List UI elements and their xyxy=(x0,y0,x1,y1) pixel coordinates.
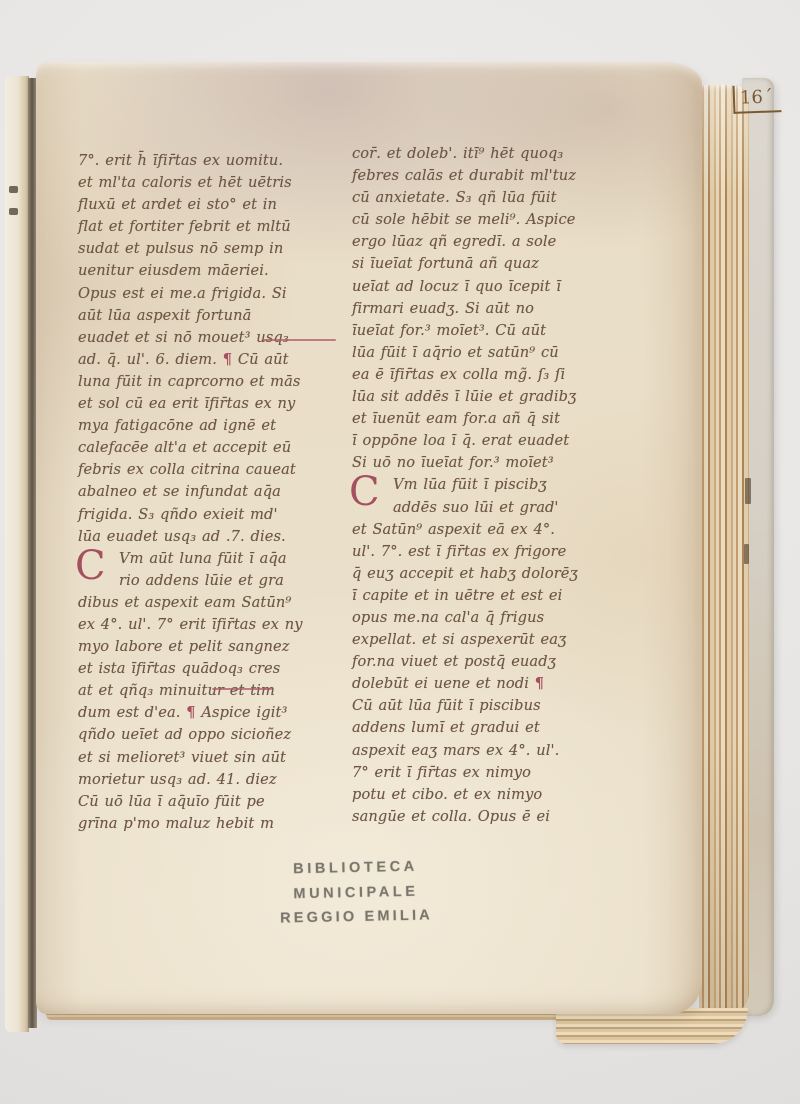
ink-text: et si melioret³ viuet sin aūt xyxy=(78,749,286,766)
manuscript-line: cū anxietate. S₃ qñ lūa fūit xyxy=(352,187,620,209)
manuscript-line: et ista īfir̄tas quādoq₃ cres xyxy=(78,658,340,680)
left-page-stack xyxy=(5,76,29,1032)
manuscript-line: sangūe et colla. Opus ē ei xyxy=(352,806,620,828)
fore-edge-inscription xyxy=(745,478,751,504)
ink-text: dum est d'ea. xyxy=(78,704,186,721)
ink-text: dibus et aspexit eam Satūn⁹ xyxy=(78,594,291,611)
manuscript-line: abalneo et se infundat aq̄a xyxy=(78,481,340,503)
library-stamp-line1: BIBLIOTECA MUNICIPALE xyxy=(230,853,481,908)
ink-text: et ista īfir̄tas quādoq₃ cres xyxy=(78,660,280,677)
manuscript-line: at et qñq₃ minuitur et tim xyxy=(78,680,340,702)
manuscript-line: opus me.na cal'a q̄ frigus xyxy=(352,607,620,629)
manuscript-line: flat et fortiter febrit et mltū xyxy=(78,216,340,238)
ink-text: Cū uō lūa ī aq̄uīo fūit pe xyxy=(78,793,265,810)
manuscript-line: euadet et si nō mouet³ usq₃ xyxy=(78,327,340,349)
ink-text: grīna p'mo maluz hebit m xyxy=(78,815,274,832)
manuscript-line: 7° erit ī fir̄tas ex nimyo xyxy=(352,762,620,784)
ink-text: Vm aūt luna fūit ī aq̄a xyxy=(119,550,287,567)
rubric-stroke xyxy=(262,339,336,341)
ink-text: euadet et si nō mouet³ usq₃ xyxy=(78,329,289,346)
ink-text: et Satūn⁹ aspexit eā ex 4°. xyxy=(352,521,555,538)
ink-text: lūa euadet usq₃ ad .7. dies. xyxy=(78,528,286,545)
manuscript-line: ī oppōne loa ī q̄. erat euadet xyxy=(352,430,620,452)
folio-number: 16 xyxy=(733,84,782,114)
ink-text: et ml'ta caloris et hēt uētris xyxy=(78,174,292,191)
manuscript-line: et Satūn⁹ aspexit eā ex 4°. xyxy=(352,519,620,541)
manuscript-line: addēs suo lūi et grad' xyxy=(352,497,620,519)
ink-text: īueīat for.³ moīet³. Cū aūt xyxy=(352,322,546,339)
manuscript-line: qñdo ueīet ad oppo sicioñez xyxy=(78,724,340,746)
ink-text: aspexit eaʒ mars ex 4°. ul'. xyxy=(352,742,559,759)
manuscript-line: īueīat for.³ moīet³. Cū aūt xyxy=(352,320,620,342)
manuscript-line: ea ē īfir̄tas ex colla mg̃. ſ₃ ſi xyxy=(352,364,620,386)
manuscript-line: mya fatigacōne ad ignē et xyxy=(78,415,340,437)
manuscript-line: cor̄. et doleb'. itī⁹ hēt quoq₃ xyxy=(352,143,620,165)
ink-text: cor̄. et doleb'. itī⁹ hēt quoq₃ xyxy=(352,145,563,162)
ink-text: et sol cū ea erit īfir̄tas ex ny xyxy=(78,395,295,412)
manuscript-line: ul'. 7°. est ī fir̄tas ex frigore xyxy=(352,541,620,563)
manuscript-line: aspexit eaʒ mars ex 4°. ul'. xyxy=(352,740,620,762)
ink-text: ex 4°. ul'. 7° erit īfir̄tas ex ny xyxy=(78,616,303,633)
manuscript-line: lūa sit addēs ī lūie et gradibʒ xyxy=(352,386,620,408)
manuscript-line: et sol cū ea erit īfir̄tas ex ny xyxy=(78,393,340,415)
ink-text: firmari euadʒ. Si aūt no xyxy=(352,300,534,317)
rubric-stroke xyxy=(212,688,272,690)
manuscript-line: CVm aūt luna fūit ī aq̄a xyxy=(78,548,340,570)
ink-text: mya fatigacōne ad ignē et xyxy=(78,417,276,434)
ink-text: potu et cibo. et ex nimyo xyxy=(352,786,542,803)
ink-text: myo labore et pelit sangnez xyxy=(78,638,290,655)
manuscript-line: cū sole hēbit se meli⁹. Aspice xyxy=(352,209,620,231)
binding-tie xyxy=(9,186,18,193)
ink-text: ī oppōne loa ī q̄. erat euadet xyxy=(352,432,569,449)
ink-text: addens lumī et gradui et xyxy=(352,719,540,736)
ink-text: Opus est ei me.a frigida. Si xyxy=(78,285,287,302)
manuscript-line: potu et cibo. et ex nimyo xyxy=(352,784,620,806)
ink-text: addēs suo lūi et grad' xyxy=(393,499,559,516)
ink-text: ergo lūaz qñ egredī. a sole xyxy=(352,233,556,250)
ink-text: for.na viuet et postq̄ euadʒ xyxy=(352,653,556,670)
ink-text: Cū aūt xyxy=(232,351,289,368)
manuscript-line: et ml'ta caloris et hēt uētris xyxy=(78,172,340,194)
manuscript-line: dum est d'ea. ¶ Aspice igit³ xyxy=(78,702,340,724)
ink-text: cū sole hēbit se meli⁹. Aspice xyxy=(352,211,576,228)
manuscript-line: ad. q̄. ul'. 6. diem. ¶ Cū aūt xyxy=(78,349,340,371)
library-stamp: BIBLIOTECA MUNICIPALE REGGIO EMILIA xyxy=(230,853,481,931)
manuscript-line: expellat. et si aspexerūt eaʒ xyxy=(352,629,620,651)
ink-text: at et qñq₃ minuitur et tim xyxy=(78,682,275,699)
manuscript-line: fluxū et ardet ei sto° et in xyxy=(78,194,340,216)
manuscript-line: for.na viuet et postq̄ euadʒ xyxy=(352,651,620,673)
ink-text: flat et fortiter febrit et mltū xyxy=(78,218,291,235)
manuscript-line: morietur usq₃ ad. 41. diez xyxy=(78,769,340,791)
manuscript-line: uenitur eiusdem māeriei. xyxy=(78,260,340,282)
ink-text: ī capite et in uētre et est ei xyxy=(352,587,562,604)
ink-text: ueīat ad locuz ī quo īcepit ī xyxy=(352,278,561,295)
manuscript-line: Opus est ei me.a frigida. Si xyxy=(78,283,340,305)
manuscript-line: dibus et aspexit eam Satūn⁹ xyxy=(78,592,340,614)
rubric-pilcrow: ¶ xyxy=(535,675,544,692)
manuscript-line: Cū uō lūa ī aq̄uīo fūit pe xyxy=(78,791,340,813)
manuscript-line: dolebūt ei uene et nodi ¶ xyxy=(352,673,620,695)
ink-text: sudat et pulsus nō semp in xyxy=(78,240,283,257)
manuscript-line: frigida. S₃ qñdo exieit md' xyxy=(78,504,340,526)
ink-text: qñdo ueīet ad oppo sicioñez xyxy=(78,726,291,743)
ink-text: abalneo et se infundat aq̄a xyxy=(78,483,281,500)
manuscript-line: CVm lūa fūit ī piscibʒ xyxy=(352,474,620,496)
text-column-left: 7°. erit h̄ īfir̄tas ex uomitu.et ml'ta … xyxy=(78,150,340,835)
manuscript-line: lūa fūit ī aq̄rio et satūn⁹ cū xyxy=(352,342,620,364)
manuscript-line: luna fūit in caprcorno et mās xyxy=(78,371,340,393)
manuscript-line: ueīat ad locuz ī quo īcepit ī xyxy=(352,276,620,298)
ink-text: Cū aūt lūa fūit ī piscibus xyxy=(352,697,541,714)
ink-text: fluxū et ardet ei sto° et in xyxy=(78,196,277,213)
manuscript-line: sudat et pulsus nō semp in xyxy=(78,238,340,260)
manuscript-line: et īuenūt eam for.a añ q̄ sit xyxy=(352,408,620,430)
ink-text: cū anxietate. S₃ qñ lūa fūit xyxy=(352,189,557,206)
ink-text: q̄ euʒ accepit et habʒ dolorēʒ xyxy=(352,565,578,582)
manuscript-line: aūt lūa aspexit fortunā xyxy=(78,305,340,327)
ink-text: si īueīat fortunā añ quaz xyxy=(352,255,539,272)
fore-edge-page-stack xyxy=(699,85,749,1016)
manuscript-line: si īueīat fortunā añ quaz xyxy=(352,253,620,275)
manuscript-line: ī capite et in uētre et est ei xyxy=(352,585,620,607)
fore-edge-inscription xyxy=(744,544,749,564)
ink-text: 7° erit ī fir̄tas ex nimyo xyxy=(352,764,531,781)
manuscript-line: febris ex colla citrina caueat xyxy=(78,459,340,481)
ink-text: morietur usq₃ ad. 41. diez xyxy=(78,771,277,788)
manuscript-line: Cū aūt lūa fūit ī piscibus xyxy=(352,695,620,717)
ink-text: lūa sit addēs ī lūie et gradibʒ xyxy=(352,388,576,405)
manuscript-line: febres calās et durabit ml'tuz xyxy=(352,165,620,187)
manuscript-photograph: 7°. erit h̄ īfir̄tas ex uomitu.et ml'ta … xyxy=(0,0,800,1104)
ink-text: ea ē īfir̄tas ex colla mg̃. ſ₃ ſi xyxy=(352,366,565,383)
ink-text: sangūe et colla. Opus ē ei xyxy=(352,808,550,825)
manuscript-line: 7°. erit h̄ īfir̄tas ex uomitu. xyxy=(78,150,340,172)
ink-text: ad. q̄. ul'. 6. diem. xyxy=(78,351,223,368)
manuscript-line: myo labore et pelit sangnez xyxy=(78,636,340,658)
manuscript-line: grīna p'mo maluz hebit m xyxy=(78,813,340,835)
ink-text: rio addens lūie et gra xyxy=(119,572,284,589)
ink-text: frigida. S₃ qñdo exieit md' xyxy=(78,506,278,523)
manuscript-line: addens lumī et gradui et xyxy=(352,717,620,739)
rubric-pilcrow: ¶ xyxy=(223,351,232,368)
ink-text: uenitur eiusdem māeriei. xyxy=(78,262,269,279)
manuscript-line: et si melioret³ viuet sin aūt xyxy=(78,747,340,769)
manuscript-line: firmari euadʒ. Si aūt no xyxy=(352,298,620,320)
binding-tie xyxy=(9,208,18,215)
rubric-pilcrow: ¶ xyxy=(186,704,195,721)
manuscript-line: Si uō no īueīat for.³ moīet³ xyxy=(352,452,620,474)
ink-text: 7°. erit h̄ īfir̄tas ex uomitu. xyxy=(78,152,283,169)
manuscript-line: rio addens lūie et gra xyxy=(78,570,340,592)
ink-text: calefacēe alt'a et accepit eū xyxy=(78,439,291,456)
manuscript-line: q̄ euʒ accepit et habʒ dolorēʒ xyxy=(352,563,620,585)
manuscript-line: calefacēe alt'a et accepit eū xyxy=(78,437,340,459)
ink-text: et īuenūt eam for.a añ q̄ sit xyxy=(352,410,560,427)
ink-text: lūa fūit ī aq̄rio et satūn⁹ cū xyxy=(352,344,559,361)
manuscript-line: ex 4°. ul'. 7° erit īfir̄tas ex ny xyxy=(78,614,340,636)
ink-text: expellat. et si aspexerūt eaʒ xyxy=(352,631,566,648)
ink-text: Vm lūa fūit ī piscibʒ xyxy=(393,476,547,493)
ink-text: opus me.na cal'a q̄ frigus xyxy=(352,609,544,626)
ink-text: febres calās et durabit ml'tuz xyxy=(352,167,576,184)
ink-text: ul'. 7°. est ī fir̄tas ex frigore xyxy=(352,543,566,560)
ink-text: febris ex colla citrina caueat xyxy=(78,461,296,478)
manuscript-line: ergo lūaz qñ egredī. a sole xyxy=(352,231,620,253)
manuscript-line: lūa euadet usq₃ ad .7. dies. xyxy=(78,526,340,548)
ink-text: dolebūt ei uene et nodi xyxy=(352,675,535,692)
ink-text: Aspice igit³ xyxy=(196,704,288,721)
ink-text: luna fūit in caprcorno et mās xyxy=(78,373,301,390)
text-column-right: cor̄. et doleb'. itī⁹ hēt quoq₃febres ca… xyxy=(352,143,620,828)
ink-text: Si uō no īueīat for.³ moīet³ xyxy=(352,454,554,471)
ink-text: aūt lūa aspexit fortunā xyxy=(78,307,251,324)
